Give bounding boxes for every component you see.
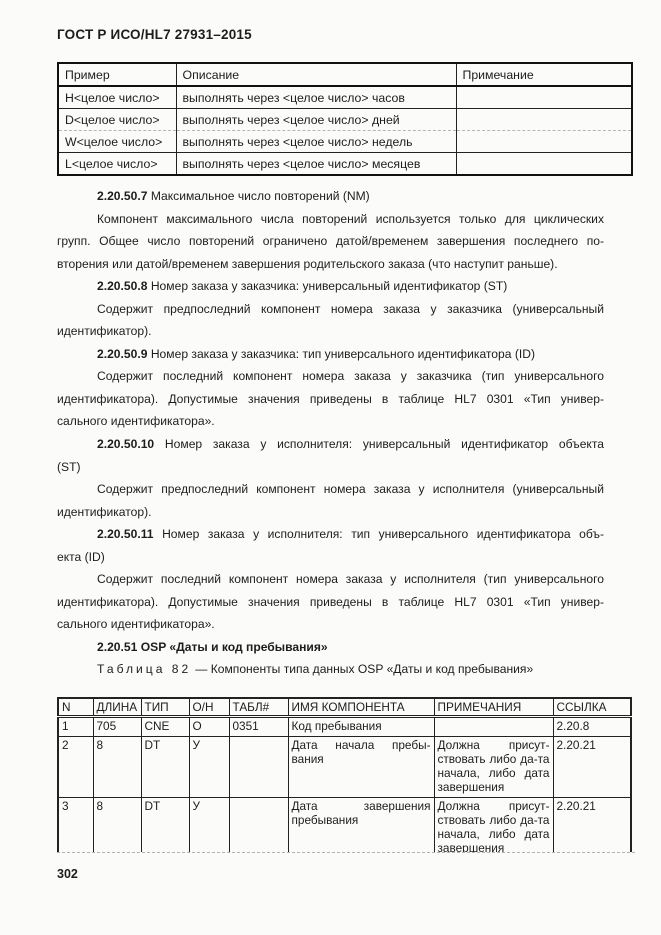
column-header: N <box>58 698 93 717</box>
table-row: 1 705 CNE О 0351 Код пребывания 2.20.8 <box>58 717 631 737</box>
table-cell <box>456 86 632 109</box>
table-cell: Должна присут-ствовать либо да-та начала… <box>434 798 553 854</box>
section-title: Номер заказа у исполнителя: универсальны… <box>165 437 604 451</box>
table-row: 3 8 DT У Дата завершения пребывания Долж… <box>58 798 631 854</box>
table-cell: Должна присут-ствовать либо да-та начала… <box>434 737 553 798</box>
column-header: ТИП <box>141 698 189 717</box>
section-heading: 2.20.50.9 Номер заказа у заказчика: тип … <box>57 343 604 366</box>
components-table-container: N ДЛИНА ТИП О/Н ТАБЛ# ИМЯ КОМПОНЕНТА ПРИ… <box>57 697 635 853</box>
section-number: 2.20.50.11 <box>97 527 154 541</box>
table-cell: выполнять через <целое число> часов <box>176 86 456 109</box>
table-cell: 2.20.8 <box>553 717 631 737</box>
table-header-row: Пример Описание Примечание <box>58 63 632 86</box>
components-table: N ДЛИНА ТИП О/Н ТАБЛ# ИМЯ КОМПОНЕНТА ПРИ… <box>57 697 632 853</box>
table-cell: выполнять через <целое число> недель <box>176 131 456 153</box>
column-header: ДЛИНА <box>93 698 141 717</box>
section-heading-continuation: (ST) <box>57 456 604 479</box>
table-cell: DT <box>141 798 189 854</box>
table-cell <box>229 798 288 854</box>
page-number: 302 <box>57 867 78 881</box>
paragraph-line: идентификатор). <box>57 501 604 524</box>
table-cell: выполнять через <целое число> месяцев <box>176 153 456 176</box>
paragraph-line: Содержит предпоследний компонент номера … <box>57 298 604 321</box>
table-row: H<целое число> выполнять через <целое чи… <box>58 86 632 109</box>
table-cell: 705 <box>93 717 141 737</box>
table-caption: Таблица 82— Компоненты типа данных OSP «… <box>57 658 604 681</box>
table-cell: О <box>189 717 229 737</box>
table-cell: 2 <box>58 737 93 798</box>
document-page: ГОСТ Р ИСО/HL7 27931–2015 Пример Описани… <box>0 0 661 935</box>
table-cell: CNE <box>141 717 189 737</box>
paragraph-line: сального идентификатора». <box>57 410 604 433</box>
section-title: Номер заказа у заказчика: универсальный … <box>151 279 507 293</box>
section-heading: 2.20.50.11 Номер заказа у исполнителя: т… <box>57 523 604 546</box>
section-heading: 2.20.50.8 Номер заказа у заказчика: унив… <box>57 275 604 298</box>
table-cell: выполнять через <целое число> дней <box>176 109 456 131</box>
section-number: 2.20.50.8 <box>97 279 147 293</box>
table-header-row: N ДЛИНА ТИП О/Н ТАБЛ# ИМЯ КОМПОНЕНТА ПРИ… <box>58 698 631 717</box>
table-cell <box>456 153 632 176</box>
paragraph-line: идентификатора). Допустимые значения при… <box>57 388 604 411</box>
table-caption-text: — Компоненты типа данных OSP «Даты и код… <box>195 662 533 676</box>
column-header: ИМЯ КОМПОНЕНТА <box>288 698 434 717</box>
table-cell <box>229 737 288 798</box>
section-heading: 2.20.50.7 Максимальное число повторений … <box>57 185 604 208</box>
table-cell: 2.20.21 <box>553 737 631 798</box>
section-number: 2.20.50.7 <box>97 189 147 203</box>
section-title: OSP «Даты и код пребывания» <box>141 640 328 654</box>
section-title: Номер заказа у заказчика: тип универсаль… <box>151 347 535 361</box>
table-row: L<целое число> выполнять через <целое чи… <box>58 153 632 176</box>
paragraph-line: вторения или датой/временем завершения р… <box>57 253 604 276</box>
table-cell: DT <box>141 737 189 798</box>
page-header-title: ГОСТ Р ИСО/HL7 27931–2015 <box>57 27 252 42</box>
paragraph-line: Компонент максимального числа повторений… <box>57 208 604 231</box>
paragraph-line: Содержит последний компонент номера зака… <box>57 568 604 591</box>
table-cell <box>456 109 632 131</box>
table-cell: W<целое число> <box>58 131 176 153</box>
paragraph-line: Содержит предпоследний компонент номера … <box>57 478 604 501</box>
table-cell <box>456 131 632 153</box>
column-header: ССЫЛКА <box>553 698 631 717</box>
table-row: W<целое число> выполнять через <целое чи… <box>58 131 632 153</box>
table-cell: Код пребывания <box>288 717 434 737</box>
table-cell: H<целое число> <box>58 86 176 109</box>
table-row: D<целое число> выполнять через <целое чи… <box>58 109 632 131</box>
section-number: 2.20.50.9 <box>97 347 147 361</box>
section-number: 2.20.50.10 <box>97 437 154 451</box>
paragraph-line: сального идентификатора». <box>57 613 604 636</box>
paragraph-line: групп. Общее число повторений ограничено… <box>57 230 604 253</box>
paragraph-line: идентификатора). Допустимые значения при… <box>57 591 604 614</box>
paragraph-line: идентификатор). <box>57 320 604 343</box>
table-cell: L<целое число> <box>58 153 176 176</box>
column-header: Описание <box>176 63 456 86</box>
column-header: Пример <box>58 63 176 86</box>
table-cell: 8 <box>93 737 141 798</box>
table-cell: Дата начала пребы-вания <box>288 737 434 798</box>
table-cell: У <box>189 737 229 798</box>
section-title: Номер заказа у исполнителя: тип универса… <box>162 527 604 541</box>
table-caption-label: Таблица 82 <box>97 662 191 676</box>
column-header: ТАБЛ# <box>229 698 288 717</box>
table-cell: Дата завершения пребывания <box>288 798 434 854</box>
section-number: 2.20.51 <box>97 640 137 654</box>
table-cell: 1 <box>58 717 93 737</box>
table-cell <box>434 717 553 737</box>
column-header: Примечание <box>456 63 632 86</box>
table-row: 2 8 DT У Дата начала пребы-вания Должна … <box>58 737 631 798</box>
section-heading-continuation: екта (ID) <box>57 546 604 569</box>
subsection-heading: 2.20.51 OSP «Даты и код пребывания» <box>57 636 604 659</box>
section-title: Максимальное число повторений (NM) <box>151 189 370 203</box>
table-cell: 2.20.21 <box>553 798 631 854</box>
paragraph-line: Содержит последний компонент номера зака… <box>57 365 604 388</box>
table-cell: 0351 <box>229 717 288 737</box>
column-header: ПРИМЕЧАНИЯ <box>434 698 553 717</box>
table-cell: D<целое число> <box>58 109 176 131</box>
table-cell: 3 <box>58 798 93 854</box>
section-heading: 2.20.50.10 Номер заказа у исполнителя: у… <box>57 433 604 456</box>
repeat-interval-table: Пример Описание Примечание H<целое число… <box>57 62 633 176</box>
table-cell: У <box>189 798 229 854</box>
column-header: О/Н <box>189 698 229 717</box>
body-text: 2.20.50.7 Максимальное число повторений … <box>57 185 604 681</box>
table-cell: 8 <box>93 798 141 854</box>
